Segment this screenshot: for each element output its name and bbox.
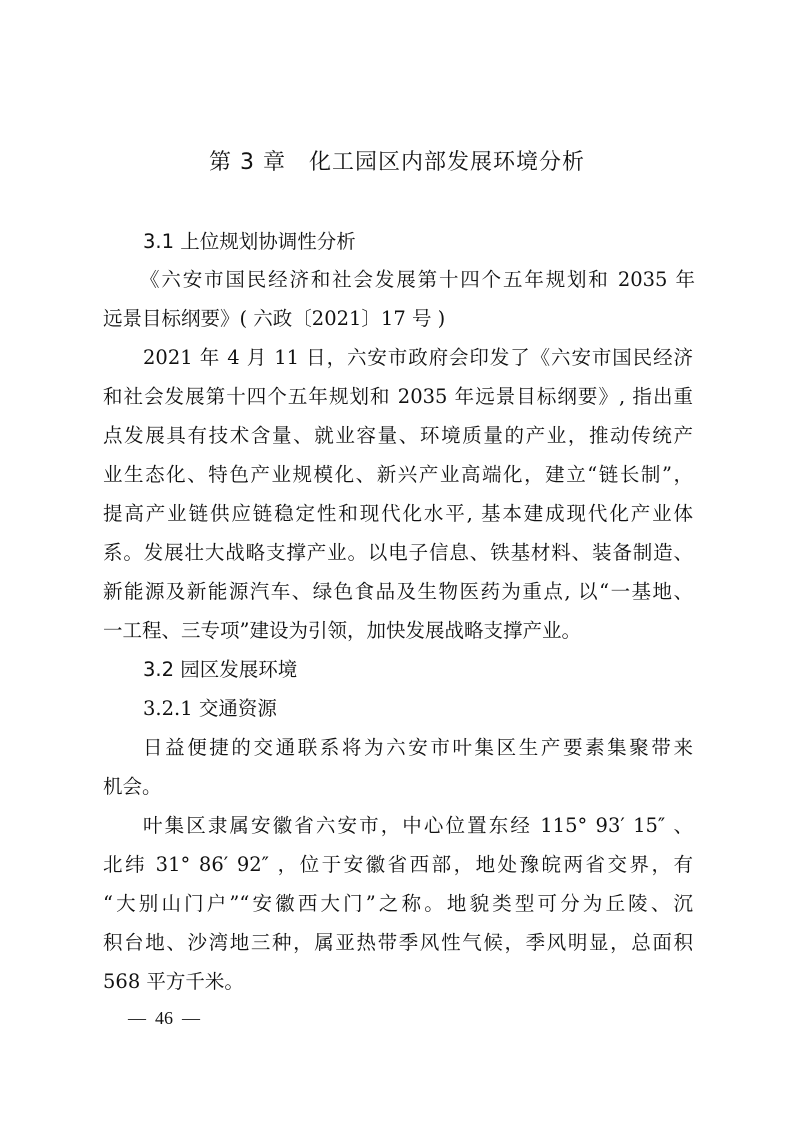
paragraph-line: 和社会发展第十四个五年规划和 2035 年远景目标纲要》, 指出重 — [103, 383, 693, 411]
section-heading-3-2: 3.2 园区发展环境 — [143, 656, 693, 684]
paragraph-line: 新能源及新能源汽车、绿色食品及生物医药为重点, 以“一基地、 — [103, 578, 693, 606]
paragraph-line: 机会。 — [103, 773, 693, 801]
paragraph-line: 提高产业链供应链稳定性和现代化水平, 基本建成现代化产业体 — [103, 500, 693, 528]
paragraph-line: 积台地、沙湾地三种，属亚热带季风性气候，季风明显，总面积 — [103, 929, 693, 957]
paragraph-line: 2021 年 4 月 11 日，六安市政府会印发了《六安市国民经济 — [143, 344, 693, 372]
paragraph-line: 叶集区隶属安徽省六安市，中心位置东经 115° 93′ 15″ 、 — [143, 812, 693, 840]
section-heading-3-1: 3.1 上位规划协调性分析 — [143, 228, 693, 256]
paragraph-line: 点发展具有技术含量、就业容量、环境质量的产业，推动传统产 — [103, 422, 693, 450]
paragraph-line: 北纬 31° 86′ 92″ ，位于安徽省西部，地处豫皖两省交界，有 — [103, 851, 693, 879]
paragraph-line: 日益便捷的交通联系将为六安市叶集区生产要素集聚带来 — [143, 734, 693, 762]
page-number: — 46 — — [128, 1008, 200, 1029]
paragraph-line: 《六安市国民经济和社会发展第十四个五年规划和 2035 年 — [140, 266, 695, 294]
paragraph-line: 远景目标纲要》( 六政〔2021〕17 号 ) — [103, 305, 693, 333]
paragraph-line: 568 平方千米。 — [103, 968, 693, 996]
paragraph-line: 一工程、三专项”建设为引领，加快发展战略支撑产业。 — [103, 617, 693, 645]
paragraph-line: 业生态化、特色产业规模化、新兴产业高端化，建立“链长制”， — [103, 461, 693, 489]
subsection-heading-3-2-1: 3.2.1 交通资源 — [143, 695, 693, 723]
paragraph-line: 系。发展壮大战略支撑产业。以电子信息、铁基材料、装备制造、 — [103, 539, 693, 567]
paragraph-line: “大别山门户”“安徽西大门”之称。地貌类型可分为丘陵、沉 — [103, 890, 693, 918]
chapter-title: 第 3 章 化工园区内部发展环境分析 — [0, 145, 794, 176]
document-page: 第 3 章 化工园区内部发展环境分析 3.1 上位规划协调性分析 《六安市国民经… — [0, 0, 794, 1122]
